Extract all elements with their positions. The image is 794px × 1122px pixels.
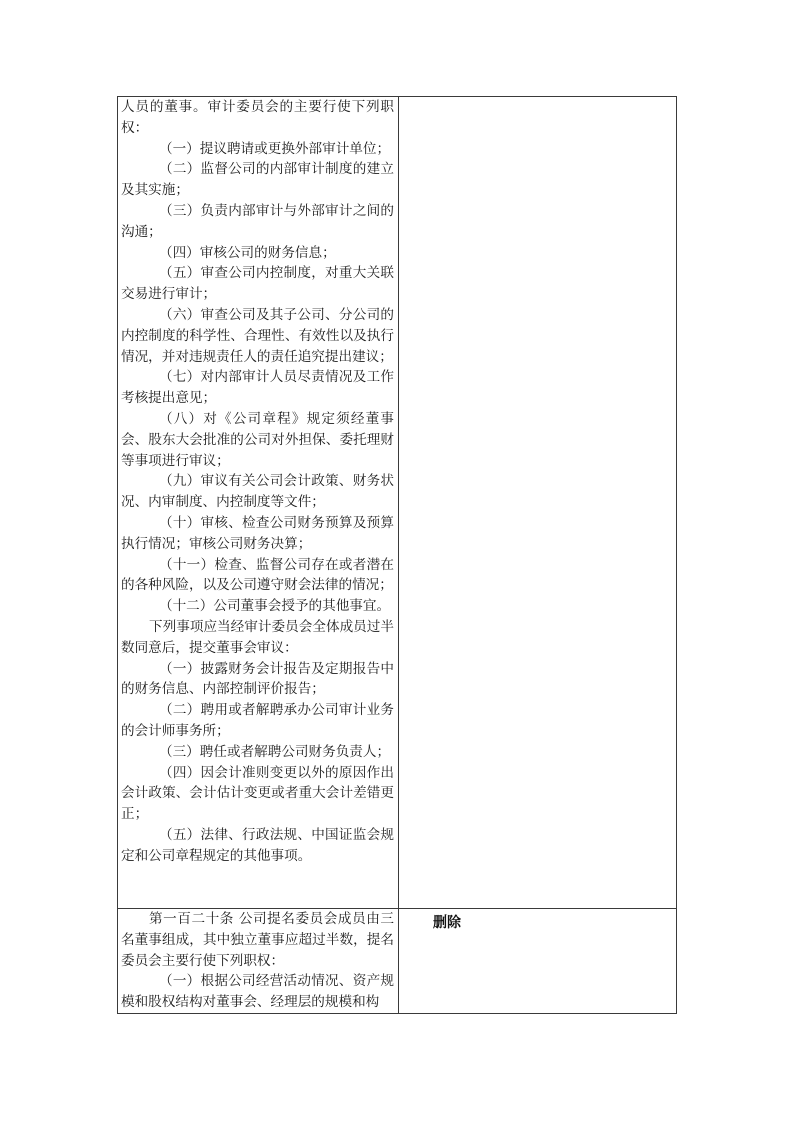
paragraph: （四）审核公司的财务信息； (121, 243, 394, 264)
table-row: 人员的董事。审计委员会的主要行使下列职权： （一）提议聘请或更换外部审计单位； … (118, 97, 677, 909)
delete-label: 删除 (399, 909, 676, 933)
original-text-cell: 人员的董事。审计委员会的主要行使下列职权： （一）提议聘请或更换外部审计单位； … (118, 97, 399, 909)
paragraph: （二）监督公司的内部审计制度的建立及其实施； (121, 159, 394, 201)
paragraph: （一）披露财务会计报告及定期报告中的财务信息、内部控制评价报告； (121, 659, 394, 701)
revised-text-cell (399, 97, 677, 909)
row1-left-content: 人员的董事。审计委员会的主要行使下列职权： （一）提议聘请或更换外部审计单位； … (118, 97, 398, 866)
paragraph: （九）审议有关公司会计政策、财务状况、内审制度、内控制度等文件； (121, 471, 394, 513)
paragraph: （一）根据公司经营活动情况、资产规模和股权结构对董事会、经理层的规模和构 (121, 971, 394, 1013)
paragraph: （六）审查公司及其子公司、分公司的内控制度的科学性、合理性、有效性以及执行情况，… (121, 305, 394, 367)
revised-text-cell: 删除 (399, 909, 677, 1014)
paragraph: （四）因会计准则变更以外的原因作出会计政策、会计估计变更或者重大会计差错更正； (121, 763, 394, 825)
paragraph: 下列事项应当经审计委员会全体成员过半数同意后，提交董事会审议： (121, 617, 394, 659)
article-paragraph: 第一百二十条 公司提名委员会成员由三名董事组成，其中独立董事应超过半数，提名委员… (121, 909, 394, 971)
paragraph: 人员的董事。审计委员会的主要行使下列职权： (121, 97, 394, 139)
paragraph: （三）负责内部审计与外部审计之间的沟通； (121, 201, 394, 243)
row2-left-content: 第一百二十条 公司提名委员会成员由三名董事组成，其中独立董事应超过半数，提名委员… (118, 909, 398, 1013)
paragraph: （七）对内部审计人员尽责情况及工作考核提出意见； (121, 367, 394, 409)
original-text-cell: 第一百二十条 公司提名委员会成员由三名董事组成，其中独立董事应超过半数，提名委员… (118, 909, 399, 1014)
paragraph: （八）对《公司章程》规定须经董事会、股东大会批准的公司对外担保、委托理财等事项进… (121, 409, 394, 471)
paragraph: （二）聘用或者解聘承办公司审计业务的会计师事务所； (121, 700, 394, 742)
comparison-table: 人员的董事。审计委员会的主要行使下列职权： （一）提议聘请或更换外部审计单位； … (117, 96, 677, 1014)
paragraph: （十）审核、检查公司财务预算及预算执行情况；审核公司财务决算； (121, 513, 394, 555)
table-row: 第一百二十条 公司提名委员会成员由三名董事组成，其中独立董事应超过半数，提名委员… (118, 909, 677, 1014)
paragraph: （三）聘任或者解聘公司财务负责人； (121, 742, 394, 763)
paragraph: （五）法律、行政法规、中国证监会规定和公司章程规定的其他事项。 (121, 825, 394, 867)
paragraph: （十一）检查、监督公司存在或者潜在的各种风险，以及公司遵守财会法律的情况； (121, 555, 394, 597)
paragraph: （一）提议聘请或更换外部审计单位； (121, 139, 394, 160)
paragraph: （十二）公司董事会授予的其他事宜。 (121, 596, 394, 617)
row1-right-content (399, 97, 676, 101)
paragraph: （五）审查公司内控制度，对重大关联交易进行审计； (121, 263, 394, 305)
document-page: 人员的董事。审计委员会的主要行使下列职权： （一）提议聘请或更换外部审计单位； … (0, 0, 794, 1122)
